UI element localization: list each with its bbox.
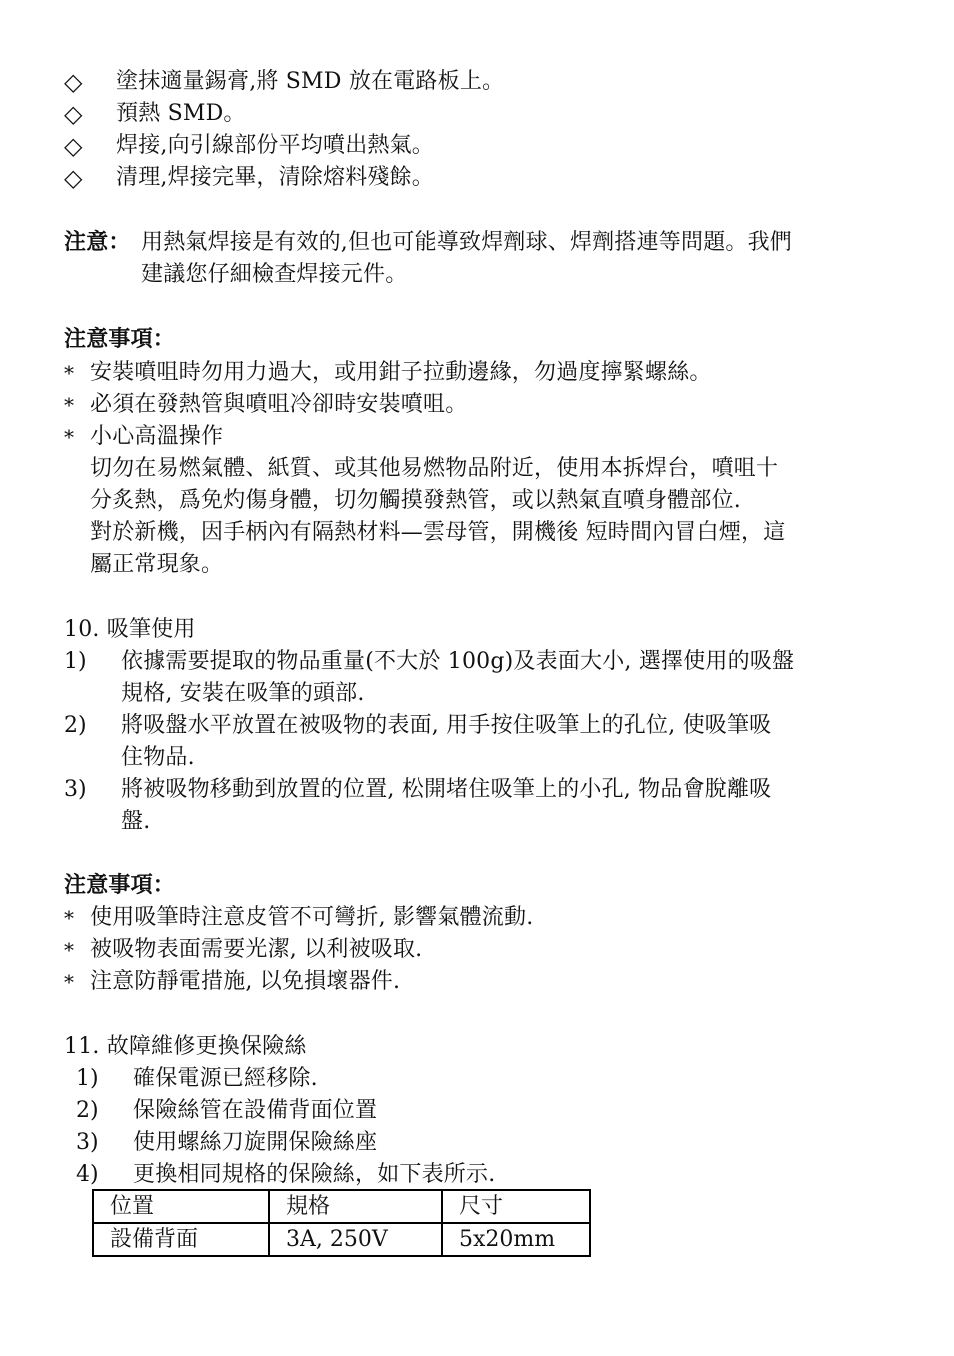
note-text-line: 用熱氣焊接是有效的,但也可能導致焊劑球、焊劑搭連等問題。我們	[141, 229, 792, 257]
precaution-text: 注意防靜電措施, 以免損壞器件.	[90, 968, 400, 996]
item-number: 4)	[76, 1161, 99, 1189]
precaution-continuation: 分炙熱，爲免灼傷身體，切勿觸摸發熱管，或以熱氣直噴身體部位.	[90, 487, 741, 515]
item-number: 2)	[76, 1097, 99, 1125]
table-cell: 5x20mm	[442, 1223, 590, 1256]
fuse-spec-table: 位置 規格 尺寸 設備背面 3A, 250V 5x20mm	[92, 1189, 591, 1257]
item-text-line: 將被吸物移動到放置的位置, 松開堵住吸筆上的小孔, 物品會脫離吸	[121, 776, 771, 804]
asterisk-bullet-icon: *	[64, 391, 74, 419]
item-text-line: 將吸盤水平放置在被吸物的表面, 用手按住吸筆上的孔位, 使吸筆吸	[121, 712, 771, 740]
section-heading: 10. 吸筆使用	[64, 616, 196, 644]
item-number: 2)	[64, 712, 87, 740]
table-header-cell: 尺寸	[442, 1190, 590, 1223]
item-text-line: 盤.	[121, 808, 150, 836]
step-text: 塗抹適量錫膏,將 SMD 放在電路板上。	[116, 68, 504, 96]
table-header-cell: 位置	[93, 1190, 269, 1223]
table-cell: 3A, 250V	[269, 1223, 442, 1256]
precaution-text: 小心高溫操作	[90, 423, 223, 451]
section-heading: 11. 故障維修更換保險絲	[64, 1033, 307, 1061]
table-row: 設備背面 3A, 250V 5x20mm	[93, 1223, 590, 1256]
asterisk-bullet-icon: *	[64, 359, 74, 387]
table-header-row: 位置 規格 尺寸	[93, 1190, 590, 1223]
section-heading: 注意事項：	[64, 872, 175, 900]
step-text: 焊接,向引線部份平均噴出熱氣。	[116, 132, 434, 160]
item-text: 更換相同規格的保險絲，如下表所示.	[133, 1161, 495, 1189]
item-number: 1)	[64, 648, 87, 676]
precaution-text: 被吸物表面需要光潔, 以利被吸取.	[90, 936, 422, 964]
item-text: 保險絲管在設備背面位置	[133, 1097, 377, 1125]
asterisk-bullet-icon: *	[64, 968, 74, 996]
asterisk-bullet-icon: *	[64, 936, 74, 964]
note-label: 注意：	[64, 229, 131, 257]
precaution-text: 安裝噴咀時勿用力過大，或用鉗子拉動邊緣，勿過度擰緊螺絲。	[90, 359, 712, 387]
note-text-line: 建議您仔細檢查焊接元件。	[141, 261, 407, 289]
precaution-text: 必須在發熱管與噴咀冷卻時安裝噴咀。	[90, 391, 467, 419]
diamond-bullet-icon: ◇	[64, 100, 82, 128]
precaution-continuation: 切勿在易燃氣體、紙質、或其他易燃物品附近，使用本拆焊台，噴咀十	[90, 455, 778, 483]
item-text: 確保電源已經移除.	[133, 1065, 318, 1093]
step-text: 清理,焊接完畢，清除熔料殘餘。	[116, 164, 434, 192]
diamond-bullet-icon: ◇	[64, 68, 82, 96]
section-heading: 注意事項：	[64, 326, 175, 354]
precaution-text: 使用吸筆時注意皮管不可彎折, 影響氣體流動.	[90, 904, 533, 932]
item-number: 3)	[64, 776, 87, 804]
asterisk-bullet-icon: *	[64, 423, 74, 451]
precaution-continuation: 對於新機，因手柄內有隔熱材料—雲母管，開機後 短時間內冒白煙，這	[90, 519, 785, 547]
asterisk-bullet-icon: *	[64, 904, 74, 932]
diamond-bullet-icon: ◇	[64, 132, 82, 160]
item-text-line: 依據需要提取的物品重量(不大於 100g)及表面大小, 選擇使用的吸盤	[121, 648, 794, 676]
item-text-line: 規格, 安裝在吸筆的頭部.	[121, 680, 365, 708]
item-text: 使用螺絲刀旋開保險絲座	[133, 1129, 377, 1157]
item-number: 3)	[76, 1129, 99, 1157]
table-header-cell: 規格	[269, 1190, 442, 1223]
item-text-line: 住物品.	[121, 744, 195, 772]
item-number: 1)	[76, 1065, 99, 1093]
precaution-continuation: 屬正常現象。	[90, 551, 223, 579]
diamond-bullet-icon: ◇	[64, 164, 82, 192]
table-cell: 設備背面	[93, 1223, 269, 1256]
step-text: 預熱 SMD。	[116, 100, 246, 128]
